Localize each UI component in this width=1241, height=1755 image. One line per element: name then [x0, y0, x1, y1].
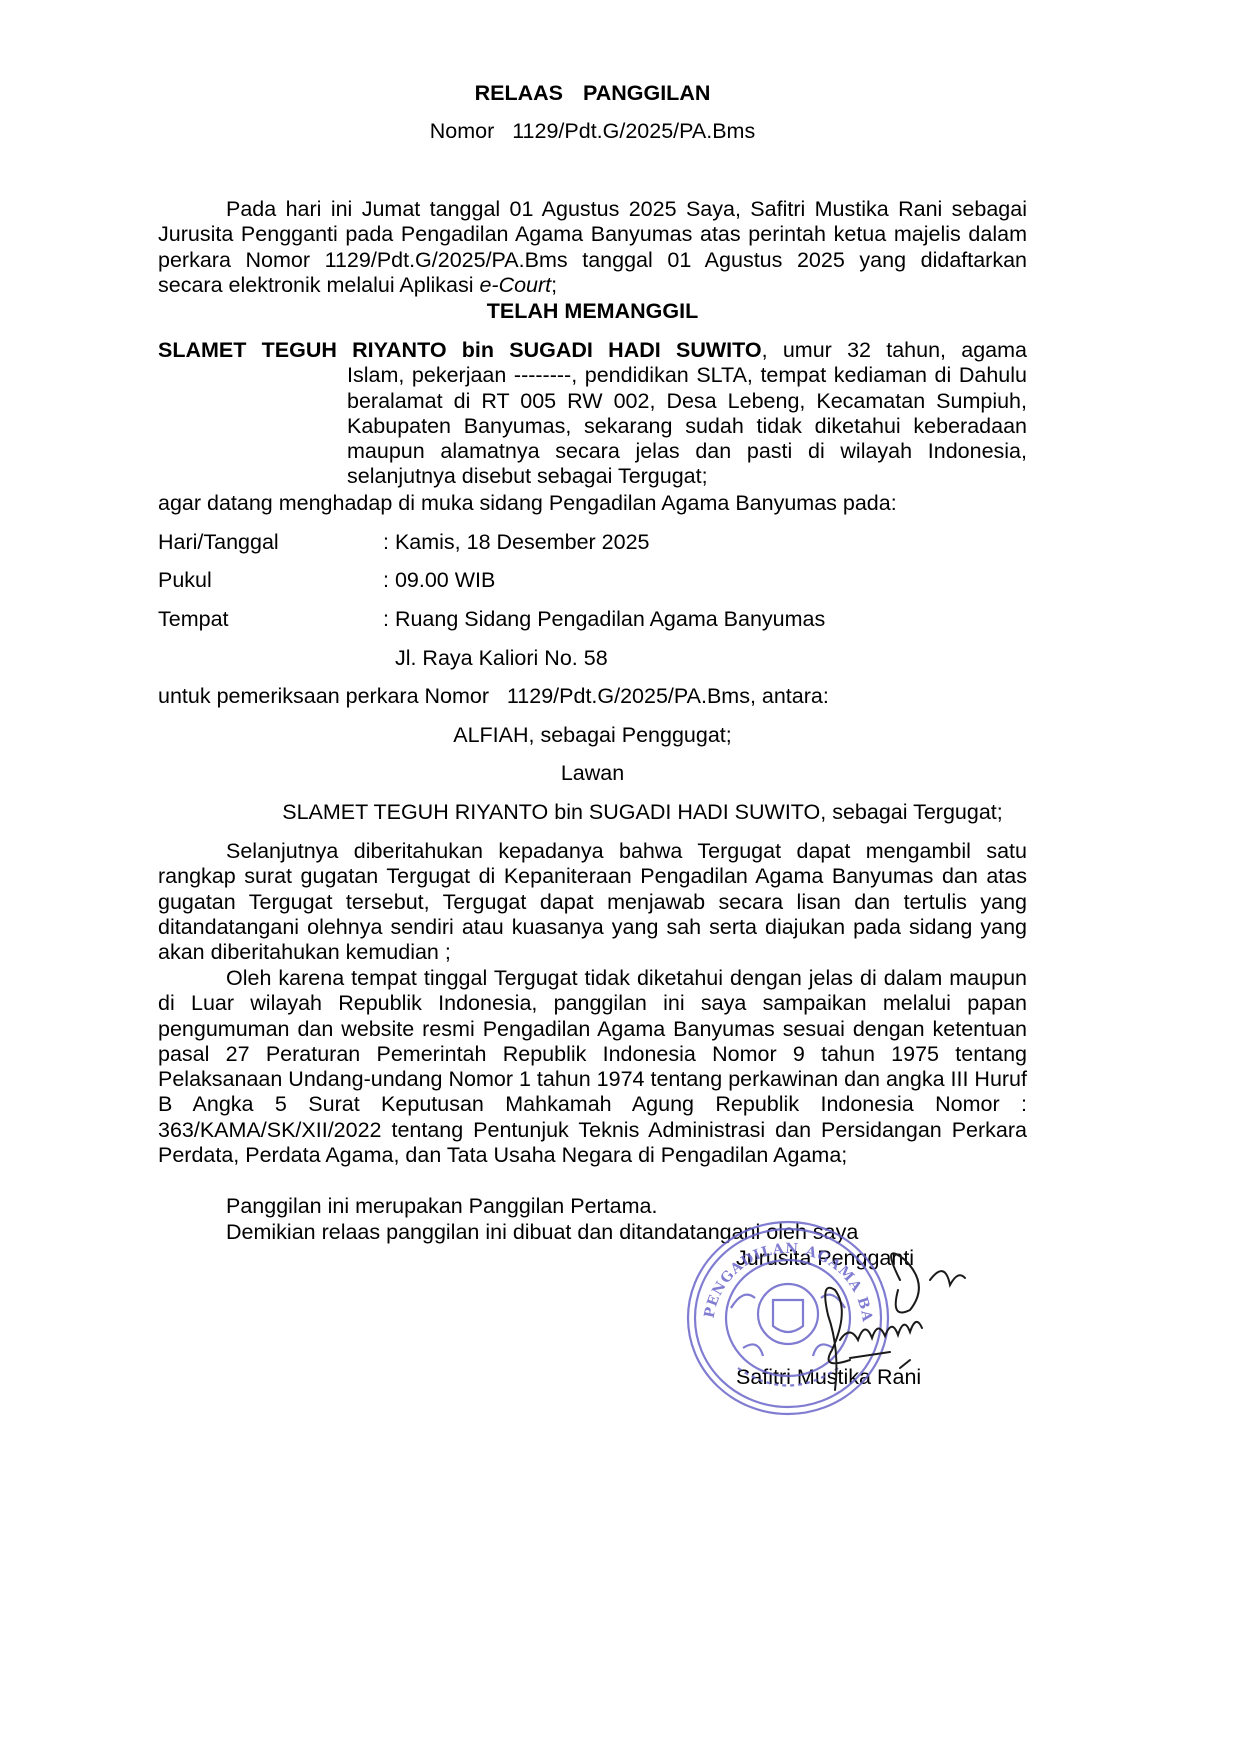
schedule-label: Tempat: [158, 607, 229, 632]
schedule-label: Hari/Tanggal: [158, 530, 279, 555]
case-number: Nomor 1129/Pdt.G/2025/PA.Bms: [158, 119, 1027, 144]
schedule-value: Jl. Raya Kaliori No. 58: [383, 646, 608, 671]
paragraph-oleh-karena: Oleh karena tempat tinggal Tergugat tida…: [158, 966, 1027, 1168]
versus-line: Lawan: [158, 761, 1027, 786]
schedule-value: : 09.00 WIB: [383, 568, 495, 593]
untuk-pemeriksaan-text: untuk pemeriksaan perkara Nomor 1129/Pdt…: [158, 684, 1027, 709]
opening-text: Pada hari ini Jumat tanggal 01 Agustus 2…: [158, 197, 1027, 297]
schedule-value: : Ruang Sidang Pengadilan Agama Banyumas: [383, 607, 825, 632]
agar-datang-text: agar datang menghadap di muka sidang Pen…: [158, 491, 1027, 516]
defendant-identity: SLAMET TEGUH RIYANTO bin SUGADI HADI SUW…: [158, 338, 1027, 490]
paragraph-panggilan-pertama: Panggilan ini merupakan Panggilan Pertam…: [158, 1194, 1027, 1219]
summons-document: RELAAS PANGGILAN Nomor 1129/Pdt.G/2025/P…: [0, 0, 1241, 1755]
paragraph-selanjutnya: Selanjutnya diberitahukan kepadanya bahw…: [158, 839, 1027, 965]
schedule-label: Pukul: [158, 568, 212, 593]
signer-name: Safitri Mustika Rani: [736, 1365, 921, 1390]
plaintiff-line: ALFIAH, sebagai Penggugat;: [158, 723, 1027, 748]
defendant-details: Islam, pekerjaan --------, pendidikan SL…: [347, 363, 1027, 489]
schedule-value: : Kamis, 18 Desember 2025: [383, 530, 650, 555]
defendant-first-line: SLAMET TEGUH RIYANTO bin SUGADI HADI SUW…: [158, 338, 1027, 363]
defendant-name: SLAMET TEGUH RIYANTO bin SUGADI HADI SUW…: [158, 338, 762, 362]
paragraph-demikian: Demikian relaas panggilan ini dibuat dan…: [158, 1220, 1027, 1245]
telah-memanggil-heading: TELAH MEMANGGIL: [158, 299, 1027, 324]
signer-role: Jurusita Pengganti: [736, 1246, 914, 1271]
defendant-line: SLAMET TEGUH RIYANTO bin SUGADI HADI SUW…: [158, 800, 1127, 825]
document-title: RELAAS PANGGILAN: [158, 81, 1027, 106]
opening-paragraph: Pada hari ini Jumat tanggal 01 Agustus 2…: [158, 197, 1027, 298]
ecourt-term: e-Court: [479, 273, 551, 297]
